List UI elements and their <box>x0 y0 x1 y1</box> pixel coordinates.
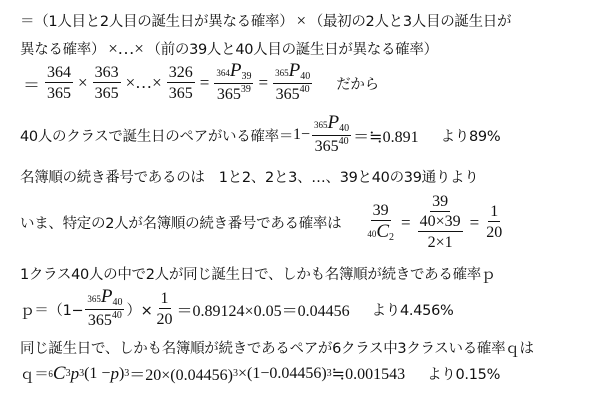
text: 1クラス40人の中で2人が同じ誕生日で、しかも名簿順が続きである確率ｐ <box>20 263 495 284</box>
numerator: 364 <box>45 64 73 83</box>
numerator: 364P39 <box>214 62 253 84</box>
fraction-39-over-40C2: 39 40C2 <box>365 202 396 244</box>
line-7: 1クラス40人の中で2人が同じ誕生日で、しかも名簿順が続きである確率ｐ <box>20 263 495 284</box>
equals-sign: = <box>258 73 268 93</box>
text: 同じ誕生日で、しかも名簿順が続きであるペアが6クラス中3クラスいる確率ｑは <box>20 337 534 358</box>
numerator: 39 <box>371 202 391 221</box>
fraction-326-365: 326 365 <box>167 64 195 103</box>
den-exp: 40 <box>112 310 122 321</box>
q-lhs: ｑ＝ <box>20 363 48 384</box>
denominator: 365 <box>45 83 73 103</box>
one-minus: 1− <box>293 126 310 144</box>
perm-symbol: P <box>328 112 340 133</box>
denominator: 36540 <box>274 84 312 104</box>
calculation: ＝0.89124×0.05＝0.04456 <box>177 298 350 321</box>
numerator: 1 <box>159 290 171 309</box>
p-variable: p <box>110 364 119 384</box>
den-exp: 40 <box>339 136 349 147</box>
text: （1人目と2人目の誕生日が異なる確率） <box>34 10 293 31</box>
equals-sign: = <box>470 213 480 233</box>
equals-sign: = <box>401 213 411 233</box>
fraction-1-20: 1 20 <box>484 203 504 242</box>
approx-value: ≒0.001543 <box>332 364 405 384</box>
den-base: 365 <box>217 86 241 103</box>
perm-symbol: P <box>289 60 301 81</box>
line-5: 名簿順の続き番号であるのは 1と2、2と3、…、39と40の39通りより <box>20 166 478 187</box>
text: 異なる確率） <box>20 38 105 59</box>
line-10-q-calculation: ｑ＝ 6C3 p3 (1 − p)3 ＝20×(0.04456)3 ×(1−0.… <box>20 362 500 385</box>
text-dakara: だから <box>336 73 379 94</box>
p-variable: p <box>71 364 80 384</box>
fraction-364-365: 364 365 <box>45 64 73 103</box>
denominator: 40×39 2×1 <box>416 212 465 252</box>
calculation-part: ×(1−0.04456) <box>238 365 327 383</box>
comb-pre: 40 <box>367 229 376 239</box>
equals-sign: = <box>200 73 210 93</box>
perm-pre: 365 <box>87 294 101 304</box>
denominator: 20 <box>484 222 504 242</box>
perm-symbol: P <box>101 286 113 307</box>
times-dots-times: ×…× <box>126 73 162 93</box>
denominator: 365 <box>93 83 121 103</box>
den-base: 365 <box>88 312 112 329</box>
numerator: 365P40 <box>273 62 312 84</box>
inner-numerator: 40×39 <box>418 213 463 232</box>
numerator: 365P40 <box>312 114 351 136</box>
perm-pre: 365 <box>275 68 289 78</box>
result-percent: より89% <box>441 125 501 146</box>
inner-fraction: 40×39 2×1 <box>418 213 463 252</box>
result-percent: より0.15% <box>427 363 500 384</box>
label: いま、特定の2人が名簿順の続き番号である確率は <box>20 212 341 233</box>
fraction-1-20: 1 20 <box>155 290 175 329</box>
label: 40人のクラスで誕生日のペアがいる確率＝ <box>20 125 293 146</box>
fraction-perm-365-40: 365P40 36540 <box>312 114 351 156</box>
inner-denominator: 2×1 <box>426 232 455 252</box>
numerator: 39 <box>430 193 450 212</box>
perm-sub: 40 <box>339 123 349 134</box>
perm-symbol: P <box>230 60 242 81</box>
denominator: 36539 <box>215 84 253 104</box>
line-6-consecutive-probability: いま、特定の2人が名簿順の続き番号である確率は 39 40C2 = 39 40×… <box>20 193 506 252</box>
text: 名簿順の続き番号であるのは 1と2、2と3、…、39と40の39通りより <box>20 166 478 187</box>
denominator: 365 <box>167 83 195 103</box>
equals-sign: ＝ <box>23 71 40 96</box>
comb-sub: 2 <box>389 232 394 243</box>
fraction-363-365: 363 365 <box>93 64 121 103</box>
perm-pre: 365 <box>314 120 328 130</box>
numerator: 363 <box>93 64 121 83</box>
line-4-probability: 40人のクラスで誕生日のペアがいる確率＝ 1− 365P40 36540 ＝≒0… <box>20 114 500 156</box>
comb-symbol: C <box>53 363 66 385</box>
denominator: 36540 <box>86 310 124 330</box>
line-9: 同じ誕生日で、しかも名簿順が続きであるペアが6クラス中3クラスいる確率ｑは <box>20 337 534 358</box>
numerator: 365P40 <box>85 288 124 310</box>
den-base: 365 <box>276 86 300 103</box>
fraction-perm-365-40: 365P40 36540 <box>273 62 312 104</box>
den-exp: 40 <box>300 84 310 95</box>
line-2: 異なる確率） ×…× （前の39人と40人目の誕生日が異なる確率） <box>20 38 438 59</box>
times-dots-times: ×…× <box>108 39 143 59</box>
text: （最初の2人と3人目の誕生日が <box>309 10 511 31</box>
times-sign: × <box>78 73 88 93</box>
comb-symbol: C <box>376 221 389 242</box>
den-base: 365 <box>315 138 339 155</box>
p-lhs: ｐ＝（1− <box>20 299 83 320</box>
line-1: ＝ （1人目と2人目の誕生日が異なる確率） × （最初の2人と3人目の誕生日が <box>20 10 511 31</box>
perm-sub: 40 <box>300 71 310 82</box>
text: （前の39人と40人目の誕生日が異なる確率） <box>146 38 437 59</box>
line-3-product: ＝ 364 365 × 363 365 ×…× 326 365 = 364P39… <box>20 62 379 104</box>
den-exp: 39 <box>241 84 251 95</box>
perm-sub: 40 <box>112 297 122 308</box>
result-percent: より4.456% <box>372 299 454 320</box>
times-sign: × <box>296 11 305 31</box>
fraction-perm-365-40: 365P40 36540 <box>85 288 124 330</box>
perm-pre: 364 <box>216 68 230 78</box>
numerator: 1 <box>488 203 500 222</box>
compound-fraction: 39 40×39 2×1 <box>416 193 465 252</box>
perm-sub: 39 <box>241 71 251 82</box>
paren-open: (1 − <box>84 365 110 383</box>
denominator: 20 <box>155 309 175 329</box>
numerator: 326 <box>167 64 195 83</box>
approx-value: ＝≒0.891 <box>353 124 418 147</box>
fraction-perm-364-39: 364P39 36539 <box>214 62 253 104</box>
denominator: 40C2 <box>365 221 396 244</box>
close-paren-times: ）× <box>126 299 152 320</box>
line-8-p-calculation: ｐ＝（1− 365P40 36540 ）× 1 20 ＝0.89124×0.05… <box>20 288 453 330</box>
denominator: 36540 <box>313 136 351 156</box>
equals-sign: ＝ <box>20 10 34 31</box>
calculation-part: ＝20×(0.04456) <box>129 362 233 385</box>
